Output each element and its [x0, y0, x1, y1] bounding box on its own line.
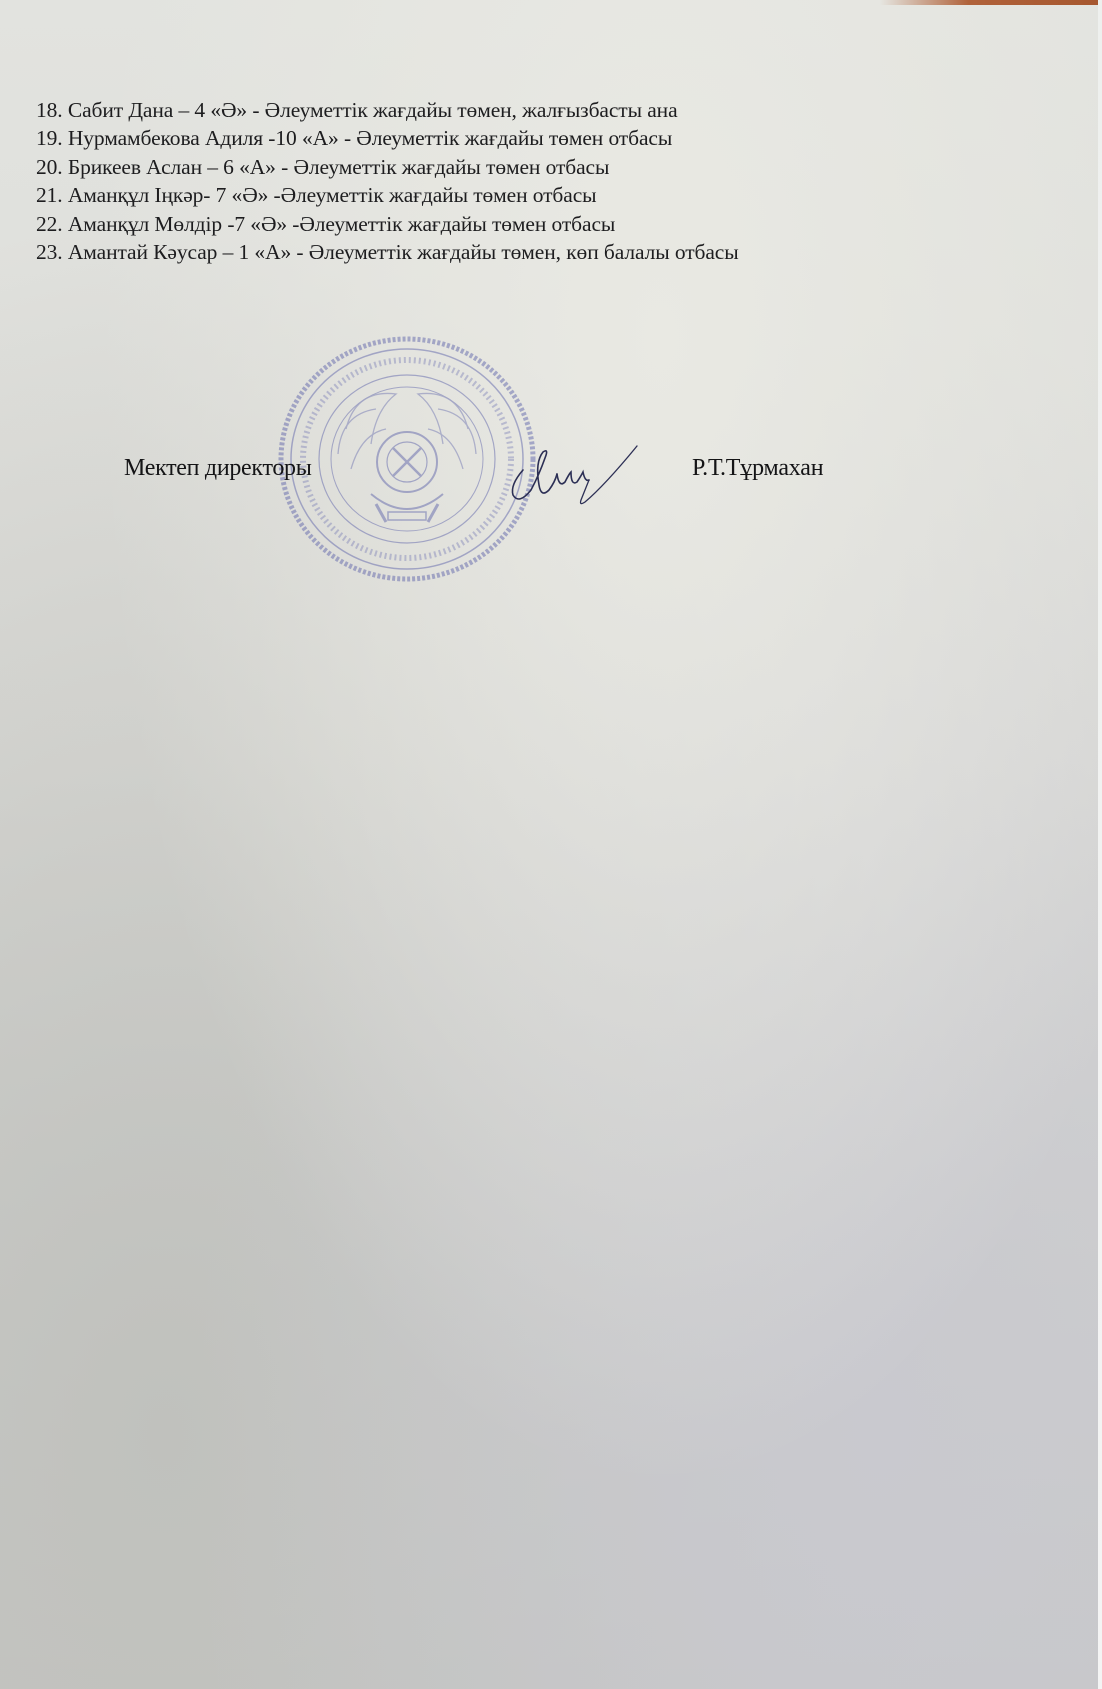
page-edge-shadow [880, 0, 1102, 5]
signer-name: Р.Т.Тұрмахан [692, 455, 823, 482]
document-page: 18. Сабит Дана – 4 «Ә» - Әлеуметтік жағд… [0, 0, 1102, 1689]
list-item: 19. Нурмамбекова Адиля -10 «А» - Әлеумет… [36, 124, 739, 152]
list-item: 21. Аманқұл Іңкәр- 7 «Ә» -Әлеуметтік жағ… [36, 181, 739, 209]
signer-role: Мектеп директоры [124, 455, 312, 482]
student-list: 18. Сабит Дана – 4 «Ә» - Әлеуметтік жағд… [36, 96, 739, 266]
signature-block: Мектеп директоры Р.Т.Тұрмахан [0, 455, 1102, 495]
page-right-edge [1098, 0, 1102, 1689]
list-item: 23. Амантай Кәусар – 1 «А» - Әлеуметтік … [36, 238, 739, 266]
list-item: 18. Сабит Дана – 4 «Ә» - Әлеуметтік жағд… [36, 96, 739, 124]
list-item: 20. Брикеев Аслан – 6 «А» - Әлеуметтік ж… [36, 153, 739, 181]
list-item: 22. Аманқұл Мөлдір -7 «Ә» -Әлеуметтік жа… [36, 210, 739, 238]
